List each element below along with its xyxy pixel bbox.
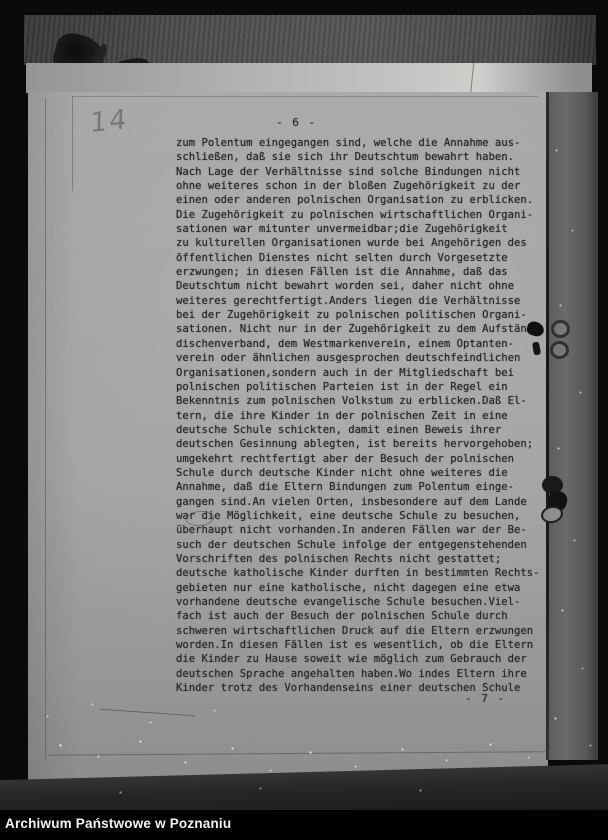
cardboard-backing-band bbox=[24, 15, 596, 65]
archive-caption-text: Archiwum Państwowe w Poznaniu bbox=[5, 816, 231, 831]
sheet-edge-line bbox=[48, 751, 548, 755]
scratch-hairline bbox=[100, 709, 195, 717]
sheet-edge-line bbox=[72, 96, 73, 191]
binding-ring-icon bbox=[550, 341, 569, 359]
typewritten-text: zum Polentum eingegangen sind, welche di… bbox=[176, 136, 540, 695]
binding-ring-icon bbox=[551, 320, 570, 338]
page-number-top: - 6 - bbox=[276, 116, 317, 129]
document-page: 14 - 6 - zum Polentum eingegangen sind, … bbox=[28, 92, 548, 782]
binder-margin-strip bbox=[548, 92, 598, 760]
handwritten-folio-number: 14 bbox=[90, 104, 129, 139]
page-number-bottom: - 7 - bbox=[465, 692, 506, 705]
sheet-edge-line bbox=[45, 98, 46, 758]
archive-caption-bar: Archiwum Państwowe w Poznaniu bbox=[0, 810, 608, 840]
archival-photo-scan: 14 - 6 - zum Polentum eingegangen sind, … bbox=[0, 0, 608, 840]
page-fold-edge bbox=[546, 92, 549, 760]
backing-paper-strip bbox=[26, 63, 592, 93]
sheet-edge-line bbox=[72, 96, 538, 97]
dust-speckles bbox=[0, 0, 1, 1]
